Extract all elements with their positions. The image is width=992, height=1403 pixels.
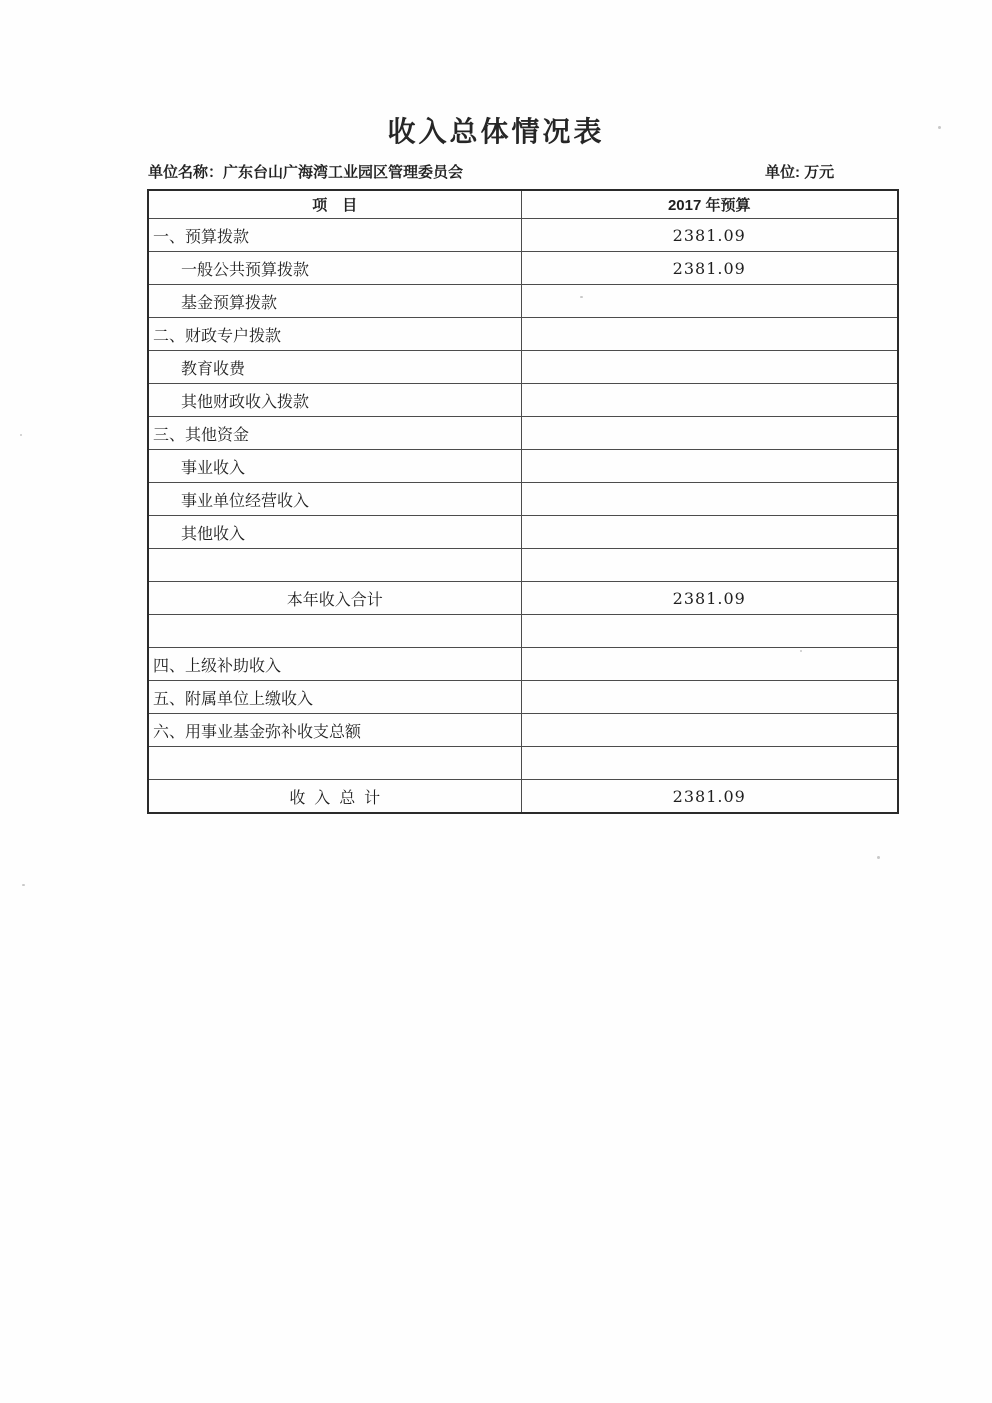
value-cell	[521, 285, 898, 318]
table-row: 一般公共预算拨款2381.09	[148, 252, 898, 285]
value-cell	[521, 351, 898, 384]
value-cell	[521, 516, 898, 549]
item-cell: 其他财政收入拨款	[148, 384, 521, 417]
table-row: 收 入 总 计2381.09	[148, 780, 898, 814]
table-header-row: 项 目 2017 年预算	[148, 190, 898, 219]
table-row	[148, 549, 898, 582]
value-cell	[521, 549, 898, 582]
table-row: 六、用事业基金弥补收支总额	[148, 714, 898, 747]
item-cell: 其他收入	[148, 516, 521, 549]
item-cell	[148, 747, 521, 780]
scan-speck	[938, 126, 941, 129]
value-cell: 2381.09	[521, 219, 898, 252]
item-cell: 一、预算拨款	[148, 219, 521, 252]
item-cell: 事业单位经营收入	[148, 483, 521, 516]
scanned-page: 收入总体情况表 单位名称：广东台山广海湾工业园区管理委员会 单位: 万元 项 目…	[0, 0, 992, 1403]
scan-speck	[22, 884, 25, 886]
table-row: 三、其他资金	[148, 417, 898, 450]
meta-row: 单位名称：广东台山广海湾工业园区管理委员会 单位: 万元	[148, 161, 897, 183]
scan-speck	[20, 434, 22, 436]
item-cell: 二、财政专户拨款	[148, 318, 521, 351]
value-cell	[521, 417, 898, 450]
item-cell: 本年收入合计	[148, 582, 521, 615]
value-cell	[521, 648, 898, 681]
table-row: 五、附属单位上缴收入	[148, 681, 898, 714]
value-cell	[521, 483, 898, 516]
income-table: 项 目 2017 年预算 一、预算拨款2381.09一般公共预算拨款2381.0…	[147, 189, 899, 814]
scan-speck	[800, 650, 802, 652]
table-row: 其他收入	[148, 516, 898, 549]
table-row: 事业单位经营收入	[148, 483, 898, 516]
table-row: 本年收入合计2381.09	[148, 582, 898, 615]
income-table-body: 一、预算拨款2381.09一般公共预算拨款2381.09基金预算拨款二、财政专户…	[148, 219, 898, 814]
table-row: 四、上级补助收入	[148, 648, 898, 681]
table-row: 教育收费	[148, 351, 898, 384]
table-row	[148, 615, 898, 648]
scan-speck	[580, 296, 583, 298]
table-row	[148, 747, 898, 780]
value-cell	[521, 714, 898, 747]
value-cell: 2381.09	[521, 582, 898, 615]
table-row: 事业收入	[148, 450, 898, 483]
value-cell	[521, 681, 898, 714]
table-row: 其他财政收入拨款	[148, 384, 898, 417]
item-cell: 一般公共预算拨款	[148, 252, 521, 285]
value-cell: 2381.09	[521, 780, 898, 814]
scan-speck	[877, 856, 880, 859]
unit-measure-label: 单位: 万元	[765, 161, 834, 182]
table-row: 一、预算拨款2381.09	[148, 219, 898, 252]
table-row: 二、财政专户拨款	[148, 318, 898, 351]
item-cell: 五、附属单位上缴收入	[148, 681, 521, 714]
value-cell	[521, 615, 898, 648]
item-cell: 事业收入	[148, 450, 521, 483]
item-cell: 基金预算拨款	[148, 285, 521, 318]
value-cell	[521, 450, 898, 483]
budget-column-header: 2017 年预算	[521, 190, 898, 219]
unit-name-label: 单位名称：广东台山广海湾工业园区管理委员会	[148, 161, 463, 182]
item-column-header: 项 目	[148, 190, 521, 219]
table-row: 基金预算拨款	[148, 285, 898, 318]
item-cell	[148, 615, 521, 648]
value-cell	[521, 318, 898, 351]
item-cell: 三、其他资金	[148, 417, 521, 450]
item-cell: 收 入 总 计	[148, 780, 521, 814]
value-cell: 2381.09	[521, 252, 898, 285]
item-cell: 教育收费	[148, 351, 521, 384]
item-cell: 四、上级补助收入	[148, 648, 521, 681]
item-cell	[148, 549, 521, 582]
value-cell	[521, 747, 898, 780]
value-cell	[521, 384, 898, 417]
document-title: 收入总体情况表	[0, 110, 992, 150]
item-cell: 六、用事业基金弥补收支总额	[148, 714, 521, 747]
